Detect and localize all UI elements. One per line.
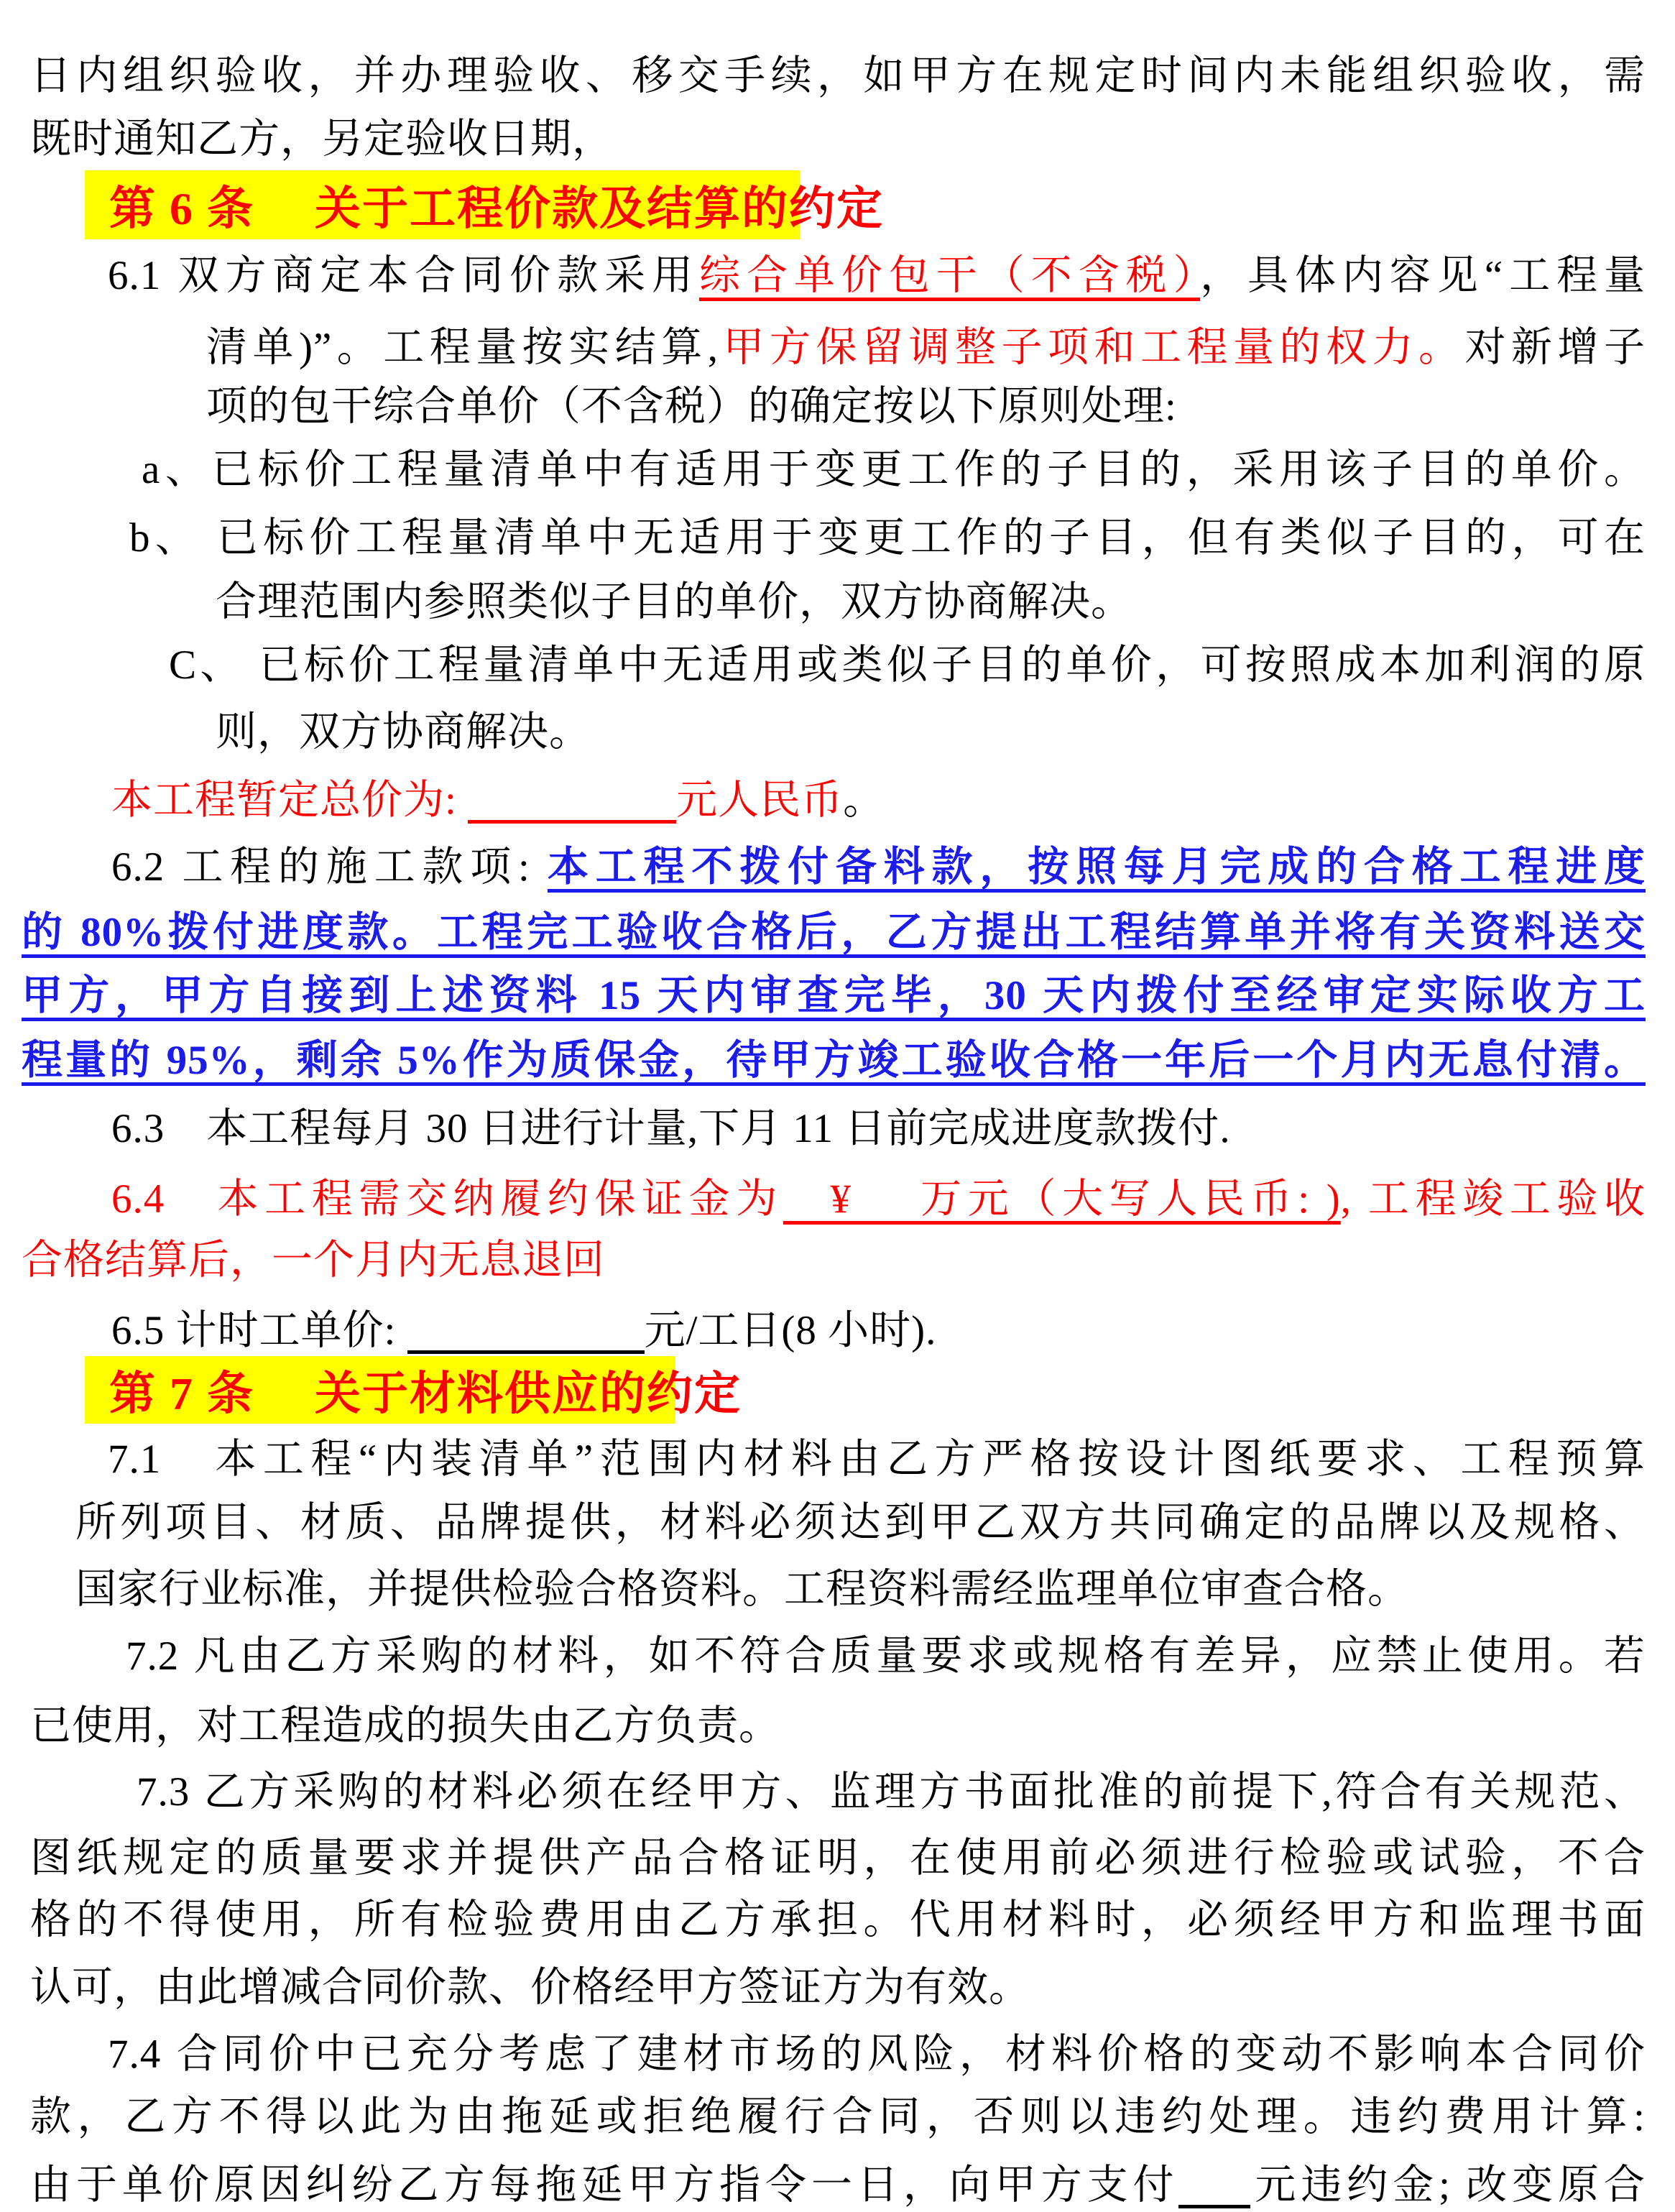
text-segment: 的 80%拨付进度款。工程完工验收合格后，乙方提出工程结算单并将有关资料送交 xyxy=(22,910,1646,955)
fill-in-blank xyxy=(468,778,676,824)
text-line: 6.3 本工程每月 30 日进行计量,下月 11 日前完成进度款拨付. xyxy=(111,1106,1231,1152)
text-segment: 已使用，对工程造成的损失由乙方负责。 xyxy=(30,1703,780,1748)
text-line: 程量的 95%，剩余 5%作为质保金，待甲方竣工验收合格一年后一个月内无息付清。 xyxy=(22,1038,1646,1084)
text-segment: 格的不得使用，所有检验费用由乙方承担。代用材料时，必须经甲方和监理书面 xyxy=(30,1897,1646,1943)
text-segment: 图纸规定的质量要求并提供产品合格证明，在使用前必须进行检验或试验，不合 xyxy=(30,1835,1646,1881)
text-line: 由于单价原因纠纷乙方每拖延甲方指令一日，向甲方支付元违约金; 改变原合 xyxy=(30,2162,1646,2208)
text-segment: 对新增子 xyxy=(1465,325,1646,370)
text-line: 则，双方协商解决。 xyxy=(216,709,591,755)
text-segment: 则，双方协商解决。 xyxy=(216,709,591,755)
text-line: 已使用，对工程造成的损失由乙方负责。 xyxy=(30,1703,780,1749)
text-line: 所列项目、材质、品牌提供，材料必须达到甲乙双方共同确定的品牌以及规格、 xyxy=(75,1500,1646,1546)
text-segment: 。 xyxy=(843,778,885,823)
text-line: 7.1 本工程“内装清单”范围内材料由乙方严格按设计图纸要求、工程预算 xyxy=(108,1437,1646,1483)
text-segment: 合理范围内参照类似子目的单价，双方协商解决。 xyxy=(216,579,1132,625)
fill-in-blank xyxy=(1178,2163,1250,2208)
text-segment: 本工程暂定总价为: xyxy=(111,778,468,823)
text-line: 款，乙方不得以此为由拖延或拒绝履行合同，否则以违约处理。违约费用计算: xyxy=(30,2094,1646,2140)
text-line: 6.4 本工程需交纳履约保证金为 ¥ 万元（大写人民币: ), 工程竣工验收 xyxy=(111,1176,1646,1222)
text-line: 6.2 工程的施工款项: 本工程不拨付备料款，按照每月完成的合格工程进度 xyxy=(111,844,1646,890)
text-segment: 元违约金; 改变原合 xyxy=(1250,2162,1646,2208)
text-line: 7.3 乙方采购的材料必须在经甲方、监理方书面批准的前提下,符合有关规范、 xyxy=(137,1769,1646,1815)
text-line: 本工程暂定总价为: 元人民币。 xyxy=(111,778,885,824)
text-line: 既时通知乙方，另定验收日期， xyxy=(30,116,614,162)
text-line: C、 已标价工程量清单中无适用或类似子目的单价，可按照成本加利润的原 xyxy=(169,642,1646,688)
text-segment: 甲方，甲方自接到上述资料 15 天内审查完毕，30 天内拨付至经审定实际收方工 xyxy=(22,973,1646,1018)
text-segment: 款，乙方不得以此为由拖延或拒绝履行合同，否则以违约处理。违约费用计算: xyxy=(30,2094,1646,2139)
text-segment: a、已标价工程量清单中有适用于变更工作的子目的，采用该子目的单价。 xyxy=(142,447,1646,492)
text-line: 6.1 双方商定本合同价款采用综合单价包干（不含税），具体内容见“工程量 xyxy=(108,253,1646,299)
text-segment: 综合单价包干（不含税） xyxy=(699,253,1200,298)
section-heading: 第 7 条 关于材料供应的约定 xyxy=(85,1356,675,1424)
text-segment: b、 已标价工程量清单中无适用于变更工作的子目，但有类似子目的，可在 xyxy=(129,515,1646,561)
text-segment: , 工程竣工验收 xyxy=(1341,1176,1646,1222)
text-segment: 7.2 凡由乙方采购的材料，如不符合质量要求或规格有差异，应禁止使用。若 xyxy=(126,1633,1646,1679)
text-segment: 6.3 本工程每月 30 日进行计量,下月 11 日前完成进度款拨付. xyxy=(111,1106,1231,1151)
text-segment: 程量的 95%，剩余 5%作为质保金，待甲方竣工验收合格一年后一个月内无息付清。 xyxy=(22,1038,1646,1083)
text-segment: 7.3 乙方采购的材料必须在经甲方、监理方书面批准的前提下,符合有关规范、 xyxy=(137,1769,1646,1815)
text-segment: 合格结算后，一个月内无息退回 xyxy=(22,1238,605,1283)
text-line: 7.2 凡由乙方采购的材料，如不符合质量要求或规格有差异，应禁止使用。若 xyxy=(126,1633,1646,1679)
document-page: 日内组织验收，并办理验收、移交手续，如甲方在规定时间内未能组织验收，需既时通知乙… xyxy=(0,0,1675,2212)
text-segment: 日内组织验收，并办理验收、移交手续，如甲方在规定时间内未能组织验收，需 xyxy=(30,53,1646,98)
text-line: 项的包干综合单价（不含税）的确定按以下原则处理: xyxy=(206,384,1177,430)
text-line: 清单)”。工程量按实结算,甲方保留调整子项和工程量的权力。对新增子 xyxy=(206,325,1646,371)
text-segment: 7.1 本工程“内装清单”范围内材料由乙方严格按设计图纸要求、工程预算 xyxy=(108,1437,1646,1482)
text-line: 国家行业标准，并提供检验合格资料。工程资料需经监理单位审查合格。 xyxy=(75,1567,1409,1613)
text-segment: 既时通知乙方，另定验收日期， xyxy=(30,116,614,162)
text-segment: 所列项目、材质、品牌提供，材料必须达到甲乙双方共同确定的品牌以及规格、 xyxy=(75,1500,1646,1545)
text-segment: 6.5 计时工单价: xyxy=(111,1308,407,1353)
text-segment: 元/工日(8 小时). xyxy=(645,1308,937,1353)
text-segment: 6.4 本工程需交纳履约保证金为 xyxy=(111,1176,783,1222)
text-segment: 认可，由此增减合同价款、价格经甲方签证方为有效。 xyxy=(30,1965,1030,2010)
text-segment: ，具体内容见“工程量 xyxy=(1200,253,1646,298)
text-line: b、 已标价工程量清单中无适用于变更工作的子目，但有类似子目的，可在 xyxy=(129,515,1646,561)
text-segment: 6.2 工程的施工款项: xyxy=(111,844,548,890)
text-segment: 本工程不拨付备料款，按照每月完成的合格工程进度 xyxy=(548,844,1646,890)
text-line: 7.4 合同价中已充分考虑了建材市场的风险，材料价格的变动不影响本合同价 xyxy=(108,2032,1646,2078)
text-line: 6.5 计时工单价: 元/工日(8 小时). xyxy=(111,1308,936,1354)
fill-in-blank xyxy=(407,1309,645,1354)
text-line: 图纸规定的质量要求并提供产品合格证明，在使用前必须进行检验或试验，不合 xyxy=(30,1835,1646,1881)
text-segment: C、 已标价工程量清单中无适用或类似子目的单价，可按照成本加利润的原 xyxy=(169,642,1646,688)
text-segment: ¥ 万元（大写人民币: ) xyxy=(783,1176,1341,1222)
text-line: 认可，由此增减合同价款、价格经甲方签证方为有效。 xyxy=(30,1965,1030,2011)
text-line: 格的不得使用，所有检验费用由乙方承担。代用材料时，必须经甲方和监理书面 xyxy=(30,1897,1646,1943)
text-segment: 6.1 双方商定本合同价款采用 xyxy=(108,253,699,298)
section-heading: 第 6 条 关于工程价款及结算的约定 xyxy=(85,170,800,239)
text-segment: 项的包干综合单价（不含税）的确定按以下原则处理: xyxy=(206,384,1177,429)
text-line: 日内组织验收，并办理验收、移交手续，如甲方在规定时间内未能组织验收，需 xyxy=(30,53,1646,99)
text-segment: 甲方保留调整子项和工程量的权力。 xyxy=(719,325,1464,370)
text-line: 合理范围内参照类似子目的单价，双方协商解决。 xyxy=(216,579,1132,625)
text-segment: 国家行业标准，并提供检验合格资料。工程资料需经监理单位审查合格。 xyxy=(75,1567,1409,1612)
text-segment: 清单)”。工程量按实结算, xyxy=(206,325,719,370)
text-line: 的 80%拨付进度款。工程完工验收合格后，乙方提出工程结算单并将有关资料送交 xyxy=(22,910,1646,956)
text-segment: 7.4 合同价中已充分考虑了建材市场的风险，材料价格的变动不影响本合同价 xyxy=(108,2032,1646,2077)
text-line: a、已标价工程量清单中有适用于变更工作的子目的，采用该子目的单价。 xyxy=(142,447,1646,493)
text-segment: 由于单价原因纠纷乙方每拖延甲方指令一日，向甲方支付 xyxy=(30,2162,1178,2208)
text-line: 甲方，甲方自接到上述资料 15 天内审查完毕，30 天内拨付至经审定实际收方工 xyxy=(22,973,1646,1019)
text-segment: 元人民币 xyxy=(676,778,843,823)
text-line: 合格结算后，一个月内无息退回 xyxy=(22,1238,605,1284)
